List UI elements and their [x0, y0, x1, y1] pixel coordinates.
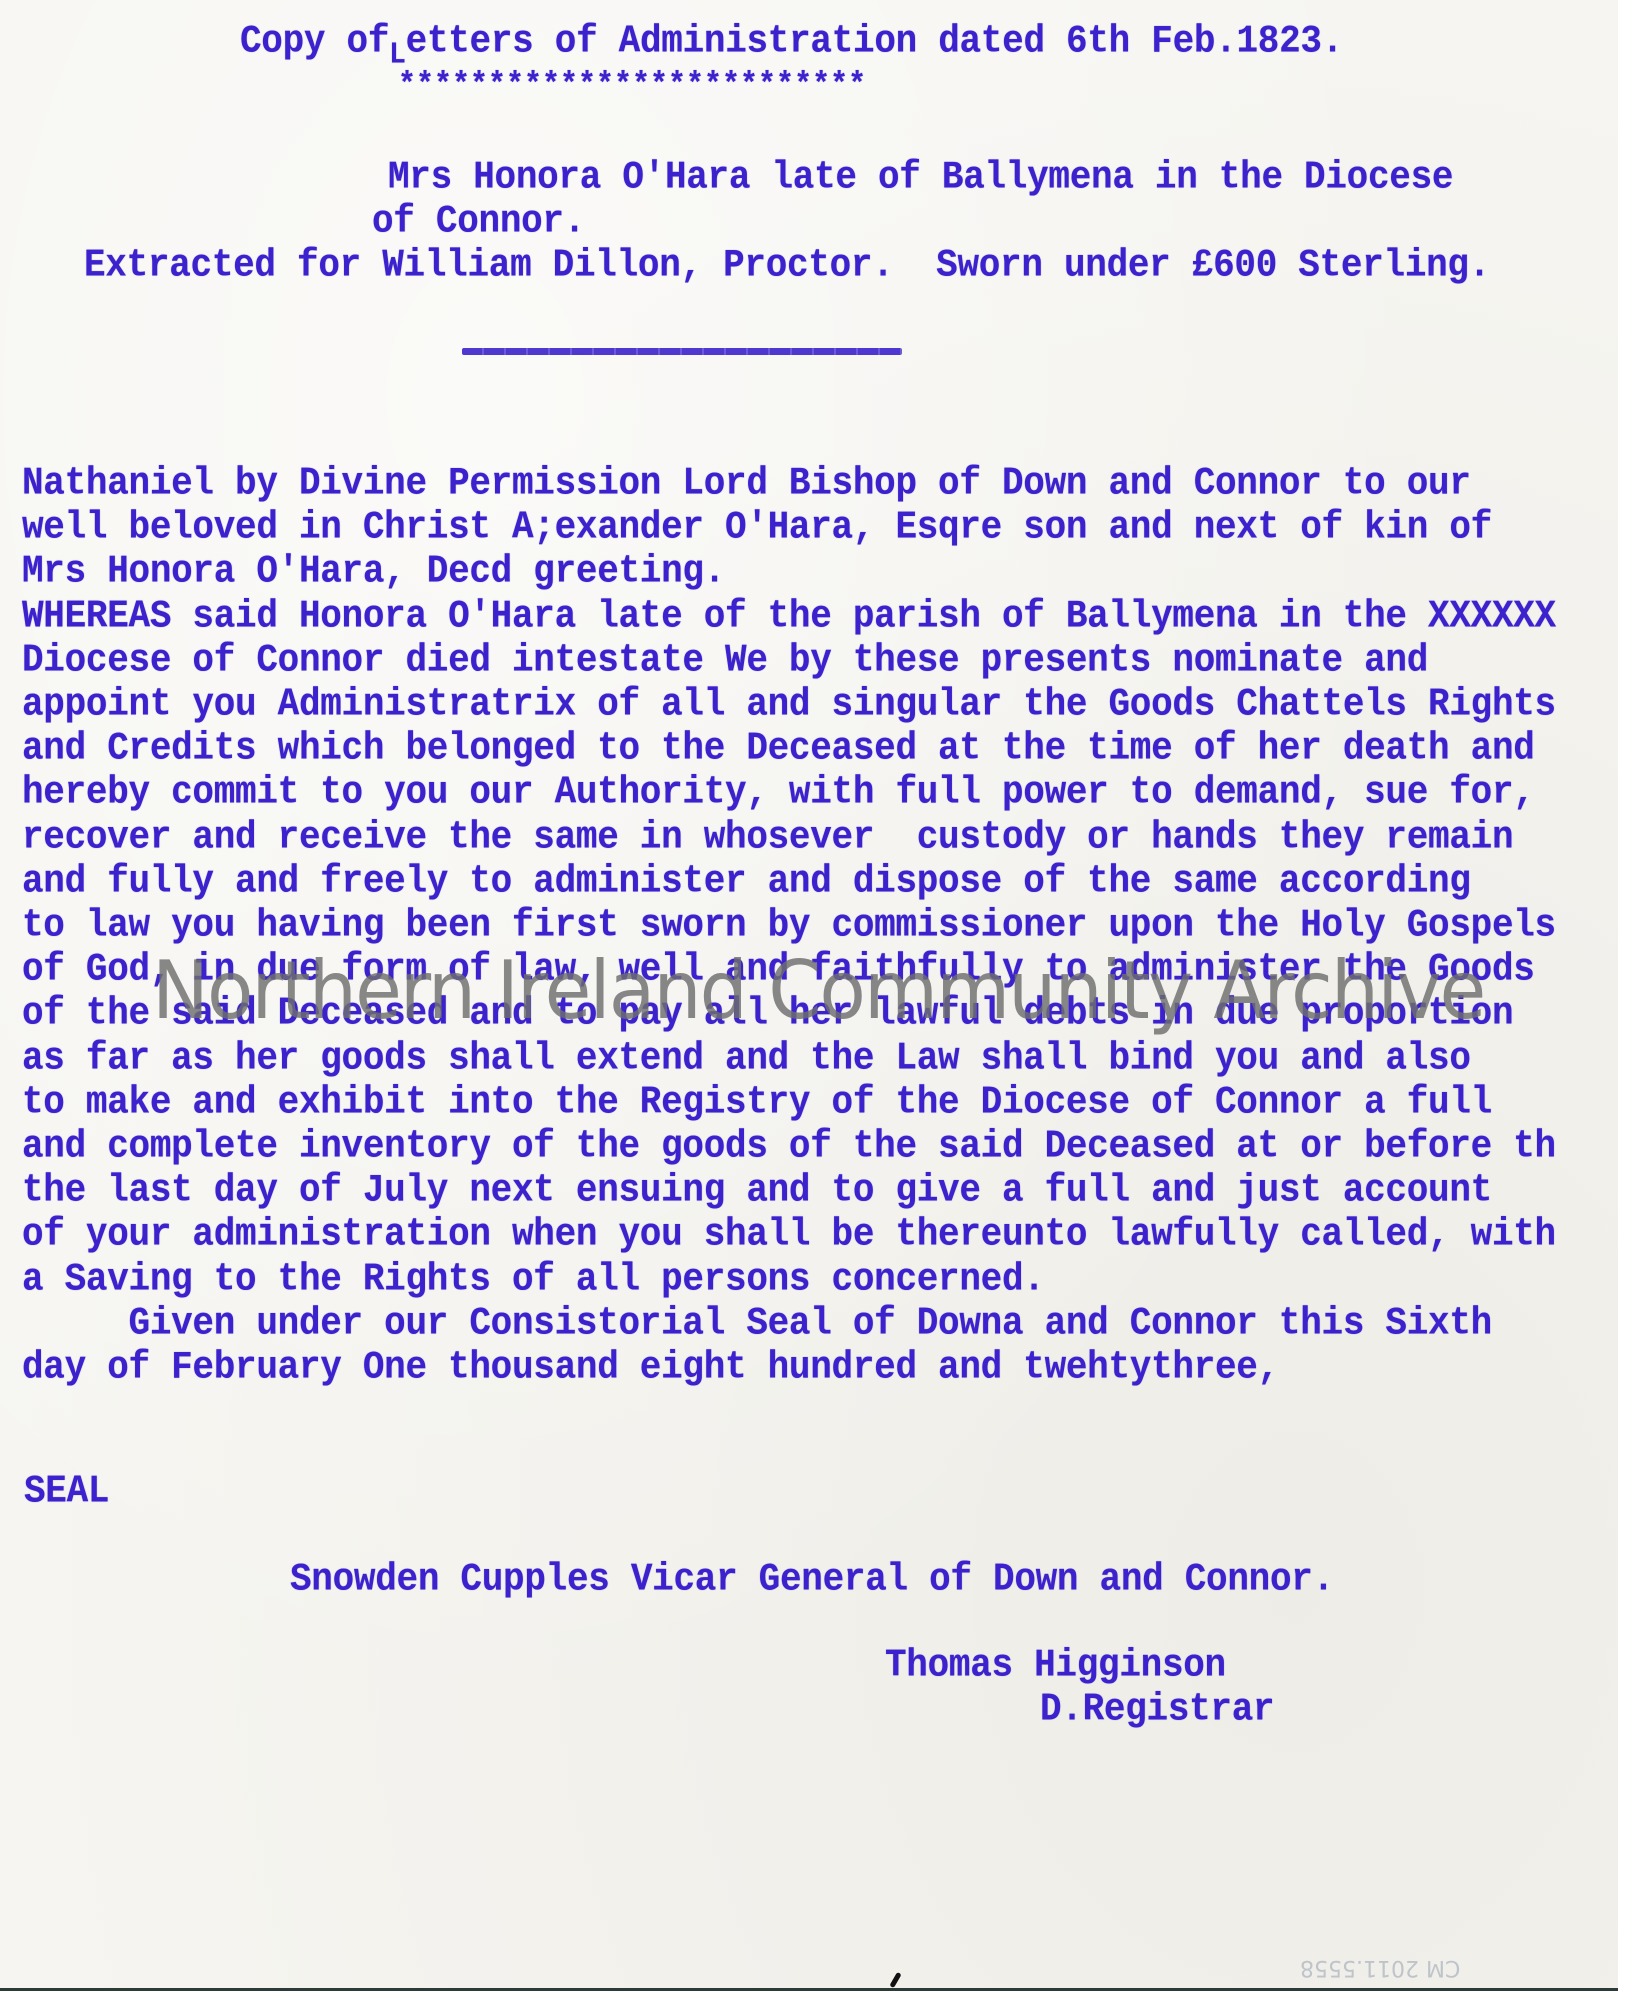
title-prefix: Copy of — [240, 19, 389, 63]
page-bottom-edge — [0, 1988, 1618, 1991]
registrar-name: Thomas Higginson — [885, 1642, 1226, 1690]
pencil-annotation: CM 2011.5558 — [1300, 1955, 1460, 1980]
body-line: WHEREAS said Honora O'Hara late of the p… — [22, 593, 1556, 641]
header-line-2: of Connor. — [372, 198, 585, 246]
seal-label: SEAL — [24, 1468, 109, 1516]
vicar-signature: Snowden Cupples Vicar General of Down an… — [290, 1556, 1334, 1604]
body-line: and fully and freely to administer and d… — [22, 858, 1471, 906]
body-line: recover and receive the same in whosever… — [22, 814, 1513, 862]
title-rest: etters of Administration dated 6th Feb.1… — [406, 19, 1343, 63]
body-line: appoint you Administratrix of all and si… — [22, 681, 1556, 729]
header-line-3: Extracted for William Dillon, Proctor. S… — [84, 242, 1490, 290]
document-page: Copy ofLetters of Administration dated 6… — [0, 0, 1618, 1988]
watermark: Northern Ireland Community Archive — [152, 946, 1484, 1036]
body-line: to law you having been first sworn by co… — [22, 902, 1556, 950]
body-line: and complete inventory of the goods of t… — [22, 1123, 1556, 1171]
body-line: Mrs Honora O'Hara, Decd greeting. — [22, 548, 725, 596]
body-line: Given under our Consistorial Seal of Dow… — [22, 1300, 1492, 1348]
body-line: a Saving to the Rights of all persons co… — [22, 1256, 1045, 1304]
title-underline: ************************** — [398, 62, 866, 110]
body-line: as far as her goods shall extend and the… — [22, 1035, 1471, 1083]
body-line: Diocese of Connor died intestate We by t… — [22, 637, 1428, 685]
body-line: of your administration when you shall be… — [22, 1211, 1556, 1259]
body-line: and Credits which belonged to the Deceas… — [22, 725, 1535, 773]
registrar-title: D.Registrar — [1040, 1686, 1274, 1734]
separator-rule — [462, 348, 902, 355]
header-line-1: Mrs Honora O'Hara late of Ballymena in t… — [388, 154, 1453, 202]
body-line: Nathaniel by Divine Permission Lord Bish… — [22, 460, 1471, 508]
body-line: well beloved in Christ A;exander O'Hara,… — [22, 504, 1492, 552]
body-line: hereby commit to you our Authority, with… — [22, 769, 1535, 817]
body-line: the last day of July next ensuing and to… — [22, 1167, 1492, 1215]
body-line: day of February One thousand eight hundr… — [22, 1344, 1279, 1392]
body-line: to make and exhibit into the Registry of… — [22, 1079, 1492, 1127]
